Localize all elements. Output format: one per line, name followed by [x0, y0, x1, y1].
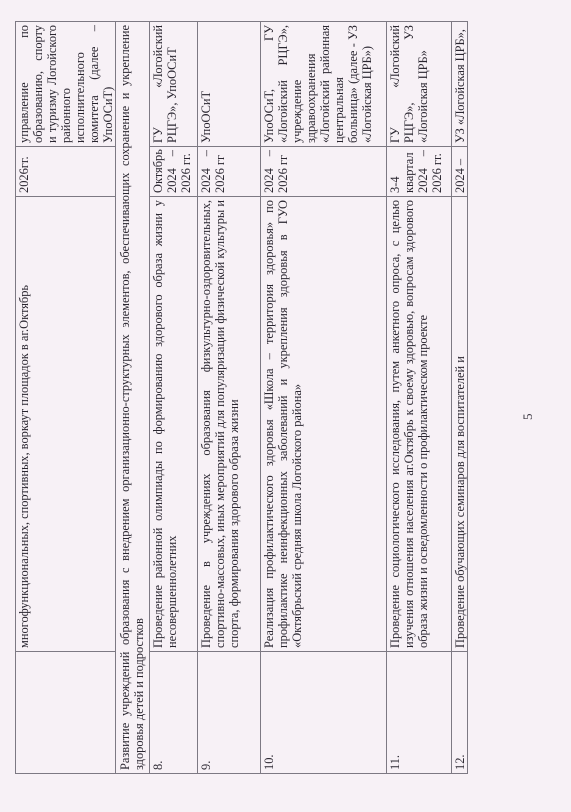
section-header: Развитие учреждений образования с внедре…	[116, 22, 150, 774]
dates-cell: 2026гг.	[16, 147, 116, 197]
dates-cell: Октябрь 2024 – 2026 гг.	[150, 147, 198, 197]
description-cell: Проведение обучающих семинаров для воспи…	[452, 197, 468, 652]
row-number-cell: 12.	[452, 652, 468, 774]
table-row-continued: многофункциональных, спортивных, воркаут…	[16, 22, 116, 774]
table-row: 8. Проведение районной олимпиады по форм…	[150, 22, 198, 774]
row-number-cell: 11.	[387, 652, 452, 774]
row-number-cell	[16, 652, 116, 774]
table-row: 12. Проведение обучающих семинаров для в…	[452, 22, 468, 774]
row-number-cell: 8.	[150, 652, 198, 774]
row-number-cell: 10.	[261, 652, 387, 774]
responsible-cell: УпоОСиТ, ГУ «Логойский РЦГЭ», учреждение…	[261, 22, 387, 147]
table-row: 9. Проведение в учреждениях образования …	[198, 22, 261, 774]
responsible-cell: УпоОСиТ	[198, 22, 261, 147]
description-cell: Проведение районной олимпиады по формиро…	[150, 197, 198, 652]
responsible-cell: ГУ «Логойский РЦГЭ», УпоОСиТ	[150, 22, 198, 147]
description-cell: Проведение в учреждениях образования физ…	[198, 197, 261, 652]
dates-cell: 2024 – 2026 гг	[261, 147, 387, 197]
page-number: 5	[520, 414, 536, 421]
section-header-row: Развитие учреждений образования с внедре…	[116, 22, 150, 774]
table-row: 11. Проведение социологического исследов…	[387, 22, 452, 774]
action-plan-table: многофункциональных, спортивных, воркаут…	[15, 21, 468, 774]
description-cell: многофункциональных, спортивных, воркаут…	[16, 197, 116, 652]
rotated-document-page: многофункциональных, спортивных, воркаут…	[0, 0, 571, 812]
dates-cell: 2024 –	[452, 147, 468, 197]
dates-cell: 3-4 квартал 2024 – 2026 гг.	[387, 147, 452, 197]
description-cell: Проведение социологического исследования…	[387, 197, 452, 652]
table-row: 10. Реализация профилактического здоровь…	[261, 22, 387, 774]
row-number-cell: 9.	[198, 652, 261, 774]
dates-cell: 2024 – 2026 гг	[198, 147, 261, 197]
responsible-cell: ГУ «Логойский РЦГЭ», УЗ «Логойская ЦРБ»	[387, 22, 452, 147]
responsible-cell: управление по образованию, спорту и тури…	[16, 22, 116, 147]
description-cell: Реализация профилактического здоровья «Ш…	[261, 197, 387, 652]
responsible-cell: УЗ «Логойская ЦРБ»,	[452, 22, 468, 147]
